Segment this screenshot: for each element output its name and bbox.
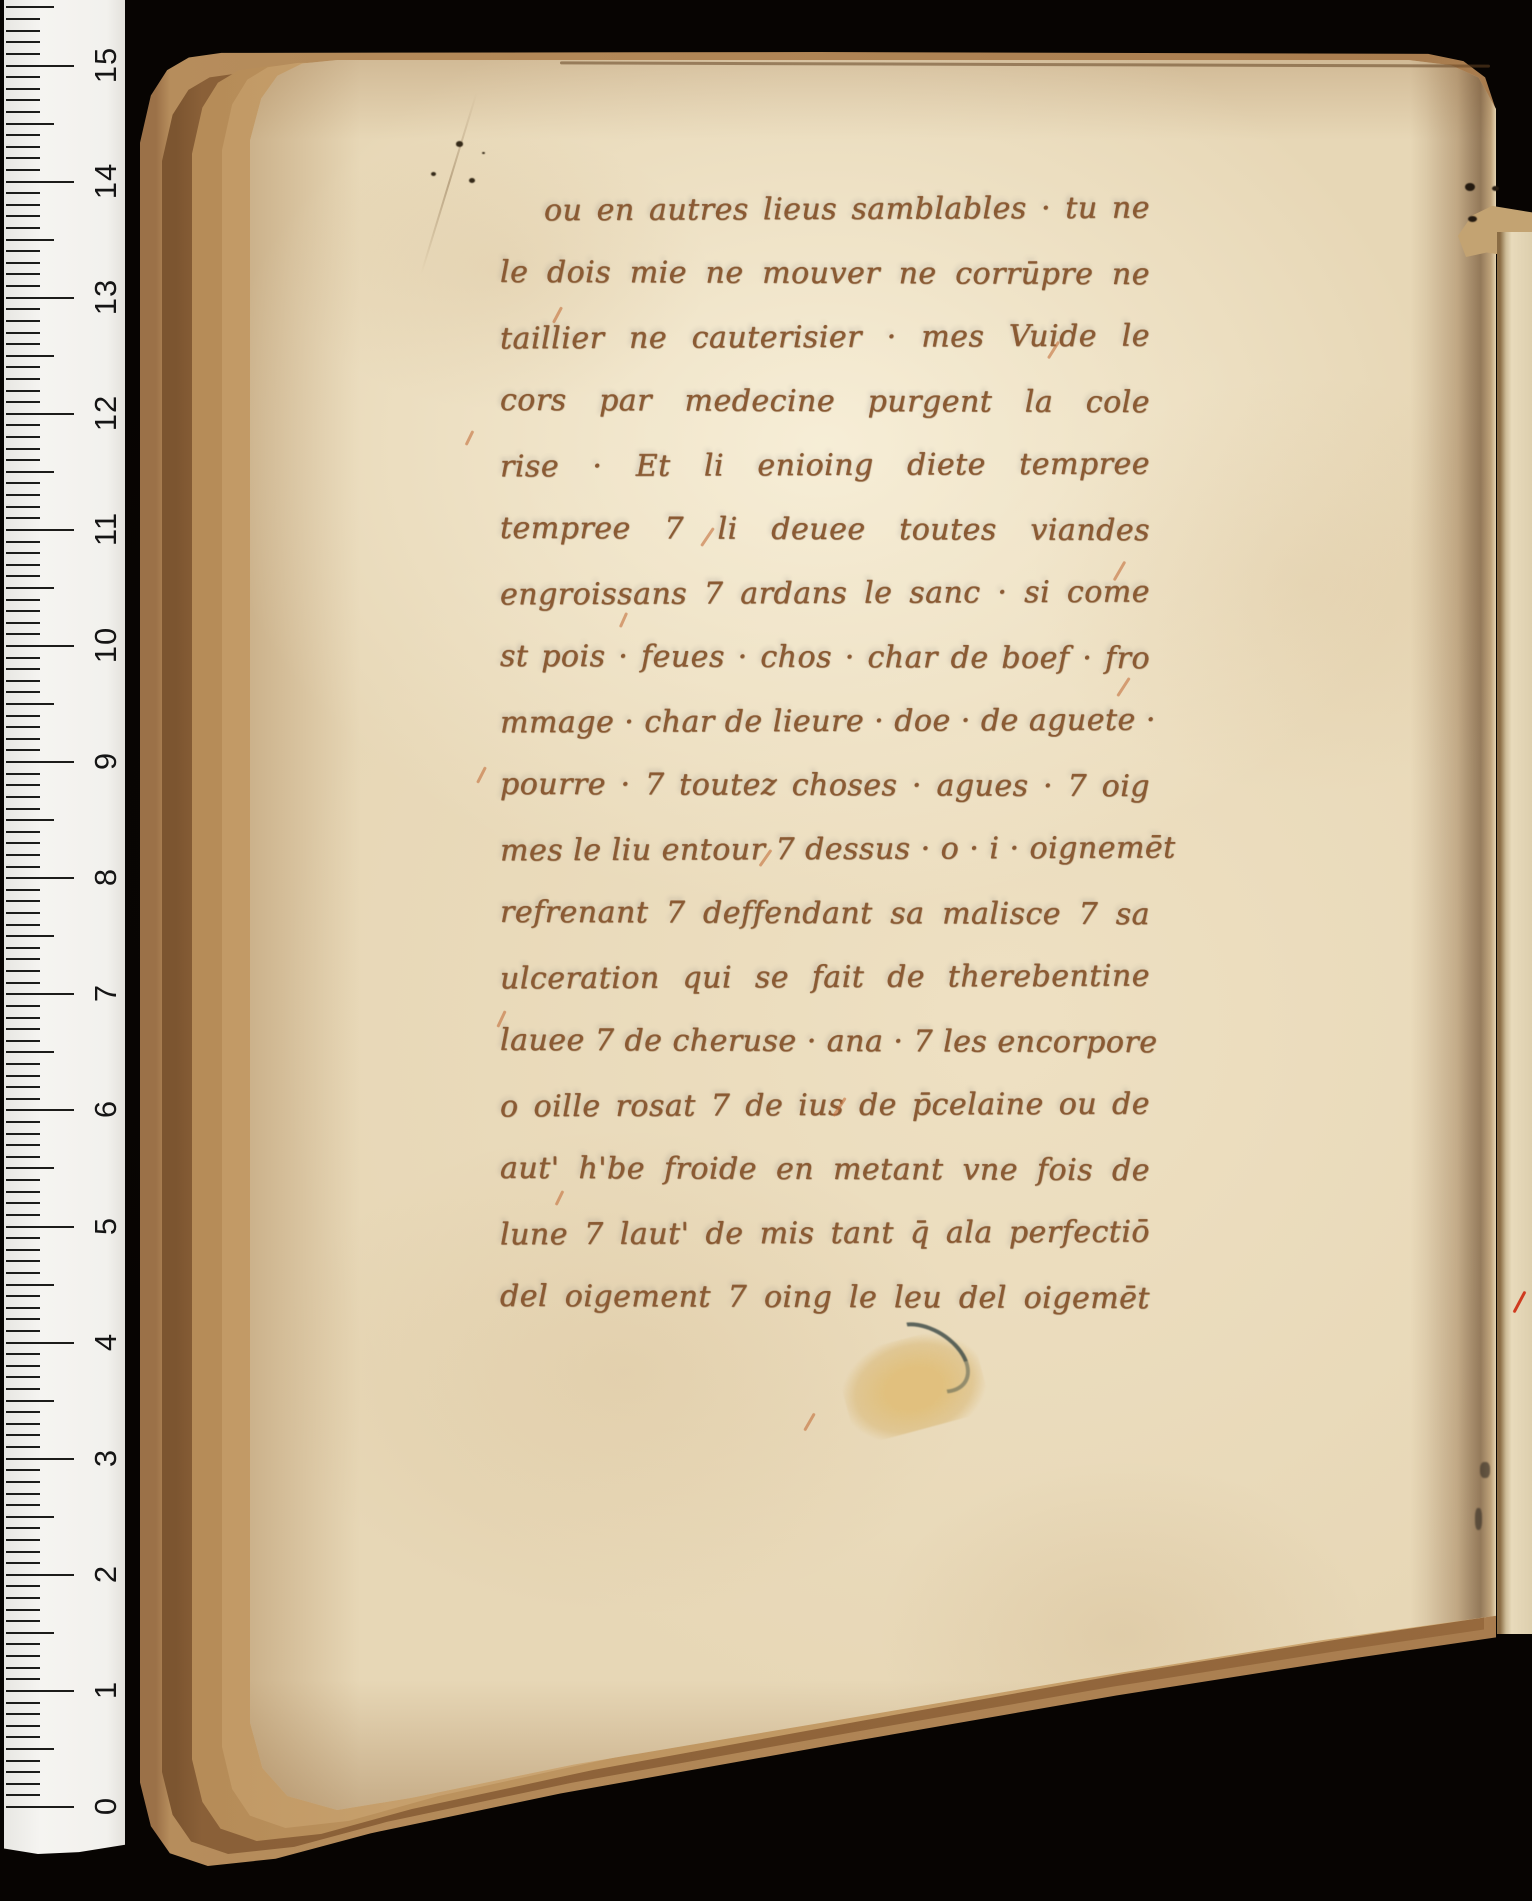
ruler-tick [6, 1516, 54, 1518]
ruler-tick [6, 1434, 40, 1436]
ruler-tick [6, 1295, 40, 1297]
ruler-tick [6, 958, 40, 960]
gutter-shadow [1410, 60, 1496, 1810]
ruler-tick [6, 1702, 40, 1704]
ruler-tick [6, 1690, 74, 1692]
ruler-tick [6, 575, 40, 577]
ruler-tick [6, 1783, 40, 1785]
ruler-number: 12 [89, 381, 123, 445]
ruler-number: 5 [89, 1194, 123, 1258]
ruler-number: 2 [89, 1542, 123, 1606]
ruler-tick [6, 691, 40, 693]
ruler-tick [6, 1191, 40, 1193]
ruler-tick [6, 1748, 54, 1750]
ruler-number: 13 [89, 265, 123, 329]
ruler-tick [6, 1121, 40, 1123]
ruler-tick [6, 587, 54, 589]
ruler-tick [6, 819, 54, 821]
manuscript-line-5: rise · Et li enioing diete tempree [500, 433, 1150, 500]
ruler-tick [6, 1655, 40, 1657]
ruler-tick [6, 1400, 54, 1402]
ruler-tick [6, 366, 40, 368]
ruler-tick [6, 1713, 40, 1715]
ruler-tick [6, 285, 40, 287]
ruler-tick [6, 250, 40, 252]
ruler-number: 10 [89, 613, 123, 677]
ruler-tick [6, 1469, 40, 1471]
ruler-tick [6, 1458, 74, 1460]
ruler-tick [6, 1574, 74, 1576]
ruler-tick [6, 1423, 40, 1425]
ruler-tick [6, 134, 40, 136]
ruler-tick [6, 703, 54, 705]
ruler-number: 11 [89, 497, 123, 561]
ruler-tick [6, 436, 40, 438]
facing-page-edge [1497, 232, 1532, 1634]
ruler-tick [6, 854, 40, 856]
ruler-tick [6, 1481, 40, 1483]
ruler-tick [6, 784, 40, 786]
ruler-tick [6, 1585, 40, 1587]
ruler-tick [6, 1051, 54, 1053]
ruler-number: 4 [89, 1310, 123, 1374]
ruler-tick [6, 424, 40, 426]
ruler-tick [6, 1028, 40, 1030]
ruler-tick [6, 1214, 40, 1216]
ruler-tick [6, 552, 40, 554]
ruler-tick [6, 564, 40, 566]
ruler-tick [6, 1063, 40, 1065]
ruler-tick [6, 1179, 40, 1181]
ruler: 0123456789101112131415 [4, 0, 125, 1854]
ruler-tick [6, 1411, 40, 1413]
ruler-tick [6, 123, 54, 125]
ruler-tick [6, 900, 40, 902]
photo-backdrop: ou en autres lieus samblables · tu nele … [0, 0, 1532, 1901]
ruler-tick [6, 157, 40, 159]
ruler-tick [6, 796, 40, 798]
ruler-tick [6, 668, 40, 670]
ruler-tick [6, 1330, 40, 1332]
ruler-tick [6, 1771, 40, 1773]
ruler-number: 14 [89, 149, 123, 213]
ruler-tick [6, 993, 74, 995]
ruler-tick [6, 773, 40, 775]
ruler-tick [6, 761, 74, 763]
manuscript-line-1: ou en autres lieus samblables · tu ne [500, 177, 1150, 244]
ruler-tick [6, 1620, 40, 1622]
ruler-tick [6, 332, 40, 334]
ruler-tick [6, 866, 40, 868]
ruler-tick [6, 320, 40, 322]
ruler-number: 15 [89, 33, 123, 97]
ruler-tick [6, 1353, 40, 1355]
ruler-tick [6, 308, 40, 310]
manuscript-line-14: lauee 7 de cheruse · ana · 7 les encorpo… [500, 1009, 1150, 1075]
ruler-tick [6, 657, 40, 659]
ruler-tick [6, 30, 40, 32]
ruler-tick [6, 262, 40, 264]
ruler-tick [6, 227, 40, 229]
ruler-tick [6, 912, 40, 914]
ruler-tick [6, 343, 40, 345]
ruler-tick [6, 1632, 54, 1634]
ruler-tick [6, 1365, 40, 1367]
ruler-tick [6, 1075, 40, 1077]
ruler-tick [6, 1086, 40, 1088]
ruler-tick [6, 1040, 40, 1042]
ruler-tick [6, 645, 74, 647]
ruler-number: 8 [89, 845, 123, 909]
ruler-tick [6, 273, 40, 275]
ruler-tick [6, 88, 40, 90]
ruler-tick [6, 1156, 40, 1158]
ruler-tick [6, 494, 40, 496]
text-block: ou en autres lieus samblables · tu nele … [500, 178, 1150, 1330]
ruler-tick [6, 1017, 40, 1019]
ruler-tick [6, 1388, 40, 1390]
ruler-number: 7 [89, 961, 123, 1025]
manuscript-line-13: ulceration qui se fait de therebentine [500, 945, 1150, 1012]
ruler-tick [6, 1609, 40, 1611]
ruler-tick [6, 633, 40, 635]
ruler-tick [6, 53, 40, 55]
ruler-tick [6, 924, 40, 926]
manuscript-line-11: mes le liu entour 7 dessus · o · i · oig… [500, 817, 1150, 884]
ruler-tick [6, 1527, 40, 1529]
ruler-tick [6, 1794, 40, 1796]
ruler-tick [6, 1307, 40, 1309]
manuscript-line-12: refrenant 7 deffendant sa malisce 7 sa [500, 881, 1150, 947]
ruler-tick [6, 482, 40, 484]
ruler-tick [6, 947, 40, 949]
ruler-tick [6, 239, 54, 241]
ruler-number: 3 [89, 1426, 123, 1490]
ruler-tick [6, 390, 40, 392]
ruler-tick [6, 1260, 40, 1262]
manuscript-line-6: tempree 7 li deuee toutes viandes [500, 497, 1150, 563]
ruler-number: 9 [89, 729, 123, 793]
ruler-tick [6, 599, 40, 601]
ruler-tick [6, 1342, 74, 1344]
ruler-tick [6, 680, 40, 682]
ruler-tick [6, 715, 40, 717]
ruler-tick [6, 982, 40, 984]
manuscript-line-15: o oille rosat 7 de ius de p̄celaine ou d… [500, 1073, 1150, 1140]
manuscript-line-16: aut' h'be froide en metant vne fois de [500, 1137, 1150, 1203]
ruler-tick [6, 877, 74, 879]
ruler-tick [6, 808, 40, 810]
ruler-tick [6, 355, 54, 357]
ruler-tick [6, 726, 40, 728]
ruler-tick [6, 1493, 40, 1495]
ruler-tick [6, 1167, 54, 1169]
ruler-tick [6, 111, 40, 113]
manuscript-line-4: cors par medecine purgent la cole [500, 369, 1150, 435]
ruler-tick [6, 1667, 40, 1669]
ruler-tick [6, 76, 40, 78]
ruler-tick [6, 1202, 40, 1204]
ruler-tick [6, 204, 40, 206]
ruler-tick [6, 471, 54, 473]
ruler-tick [6, 1597, 40, 1599]
ruler-tick [6, 517, 40, 519]
ruler-tick [6, 1284, 54, 1286]
ruler-tick [6, 1678, 40, 1680]
ruler-tick [6, 1376, 40, 1378]
ruler-tick [6, 215, 40, 217]
ruler-tick [6, 970, 40, 972]
ruler-tick [6, 1249, 40, 1251]
ruler-tick [6, 1226, 74, 1228]
manuscript-line-8: st pois · feues · chos · char de boef · … [500, 625, 1150, 691]
ruler-tick [6, 935, 54, 937]
ruler-tick [6, 1144, 40, 1146]
ruler-tick [6, 41, 40, 43]
ruler-tick [6, 506, 40, 508]
ruler-tick [6, 192, 40, 194]
manuscript-line-9: mmage · char de lieure · doe · de aguete… [500, 689, 1150, 756]
ruler-tick [6, 1806, 74, 1808]
ruler-tick [6, 1551, 40, 1553]
ruler-tick [6, 146, 40, 148]
ruler-tick [6, 401, 40, 403]
ruler-tick [6, 1005, 40, 1007]
ruler-number: 0 [89, 1774, 123, 1838]
manuscript-line-7: engroissans 7 ardans le sanc · si come [500, 561, 1150, 628]
ruler-tick [6, 1133, 40, 1135]
ruler-tick [6, 529, 74, 531]
ruler-tick [6, 65, 74, 67]
ruler-tick [6, 1237, 40, 1239]
ruler-tick [6, 99, 40, 101]
ruler-tick [6, 1318, 40, 1320]
ruler-tick [6, 1446, 40, 1448]
ruler-tick [6, 1504, 40, 1506]
manuscript-line-17: lune 7 laut' de mis tant q̄ ala perfecti… [500, 1201, 1150, 1268]
ruler-tick [6, 610, 40, 612]
ruler-tick [6, 622, 40, 624]
ruler-tick [6, 378, 40, 380]
ruler-tick [6, 6, 54, 8]
ruler-tick [6, 448, 40, 450]
ruler-tick [6, 297, 74, 299]
ruler-number: 6 [89, 1077, 123, 1141]
ruler-tick [6, 413, 74, 415]
ruler-tick [6, 831, 40, 833]
ruler-tick [6, 1725, 40, 1727]
ruler-tick [6, 169, 40, 171]
ruler-tick [6, 541, 40, 543]
ruler-tick [6, 1098, 40, 1100]
ruler-tick [6, 1760, 40, 1762]
ruler-tick [6, 842, 40, 844]
ruler-number: 1 [89, 1658, 123, 1722]
ruler-tick [6, 1109, 74, 1111]
ruler-tick [6, 1539, 40, 1541]
ruler-tick [6, 1562, 40, 1564]
ruler-tick [6, 1736, 40, 1738]
ruler-tick [6, 1272, 40, 1274]
manuscript-line-2: le dois mie ne mouver ne corrūpre ne [500, 241, 1150, 307]
manuscript-line-3: taillier ne cauterisier · mes Vuide le [500, 305, 1150, 372]
ruler-tick [6, 738, 40, 740]
ruler-tick [6, 1643, 40, 1645]
manuscript-line-18: del oigement 7 oing le leu del oigemēt [500, 1265, 1150, 1331]
ruler-tick [6, 18, 40, 20]
ruler-tick [6, 749, 40, 751]
ruler-tick [6, 459, 40, 461]
ruler-tick [6, 889, 40, 891]
ruler-tick [6, 181, 74, 183]
manuscript-line-10: pourre · 7 toutez choses · agues · 7 oig [500, 753, 1150, 819]
